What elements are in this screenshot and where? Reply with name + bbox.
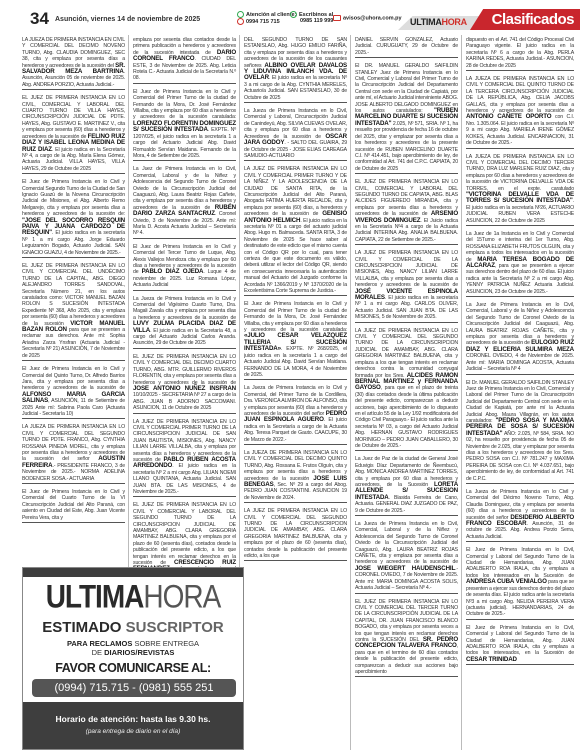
customer-service-contact: Atención al cliente: 0994 715 715 (237, 11, 296, 26)
ad-body: LA JUEZA DE PRIMERA INSTANCIA EN LO CIVI… (466, 154, 574, 192)
promo-phone-numbers[interactable]: (0994) 715.715 - (0981) 555 251 (32, 679, 236, 697)
promo-cta: FAVOR COMUNICARSE AL: (23, 661, 243, 675)
ad-body: El Juez de Primera Instancia en lo Civil… (244, 301, 347, 333)
promo-title: ESTIMADO SUSCRIPTOR (23, 619, 243, 636)
ad-body: EL JUEZ DE PRIMERA INSTANCIA EN LO CIVIL… (133, 502, 236, 566)
classified-ad: El Juez de Primera Instancia en lo Civil… (133, 87, 236, 161)
ad-body: 2.025, Nº 571, SRIA. Nº 1, ha resuelto p… (355, 121, 458, 172)
classified-ad: EL JUEZ DE PRIMERA INSTANCIA EN LO CIVIL… (22, 93, 125, 174)
classified-ad: La Jueza de Primera Instancia en lo Civi… (355, 519, 458, 593)
ad-body: 10/10/2025 - SECRETARIA Nº 27 a cargo de… (133, 392, 236, 411)
promo-top-bar (23, 568, 243, 577)
ad-body: LA JUEZ DE PRIMERA INSTANCIA EN LO CIVIL… (355, 250, 458, 288)
ad-name: JOSE ANTONIO NUÑEZ INSFRAN (133, 385, 236, 392)
classified-ad: LA JUEZ DE PRIMERA INSTANCIA EN LO CIVIL… (355, 326, 458, 452)
classified-ad: La Jueza de Primera Instancia en lo Civi… (244, 106, 347, 161)
ad-body: El Juez de Primera Instancia en lo Civil… (22, 366, 125, 391)
ad-body: El Juez de Primera Instancia en lo Civil… (133, 89, 236, 121)
classified-ad: EL JUEZ DE PRIMERA INSTANCIA EN LO CIVIL… (22, 261, 125, 361)
classified-ad: LA JUEZA DE PRIMERA INSTANCIA EN LO CIVI… (466, 74, 574, 148)
issue-date: Asunción, viernes 14 de noviembre de 202… (55, 16, 200, 23)
classified-ad: LA JUEZ DE PRIMERA INSTANCIA EN LO CIVIL… (244, 506, 347, 561)
section-banner: Clasificados (470, 9, 580, 30)
classified-ad: La Juez de Primera Instancia en lo Civil… (133, 164, 236, 238)
ad-body: La Jueza de Primera Instancia en lo Civi… (133, 296, 236, 321)
whatsapp-icon (237, 11, 244, 18)
ad-body: dispuesto en el Art. 741 del Código Proc… (466, 37, 574, 69)
ad-name: CESAR TRINIDAD (466, 656, 517, 663)
classified-ad: El Dr. MANUEL GERALDO SAIFILDIN STANLEY … (466, 378, 574, 485)
ad-body: para que se presenten a ejercer sus dere… (466, 579, 574, 617)
section-title: Clasificados (492, 11, 574, 28)
promo-footer: Horario de atención: hasta las 9.30 hs. … (23, 702, 243, 749)
ad-name: JOSE WIEGERT HAUDENSCHIL (355, 565, 455, 572)
classified-ad: emplaza por sesenta días contados desde … (133, 35, 236, 84)
ad-body: EL JUEZ DE PRIMERA INSTANCIA EN LO CIVIL… (133, 354, 236, 386)
classified-ad: El DR. MANUEL GERALDO SAIFILDIN STANLEY … (355, 61, 458, 174)
contact-email[interactable]: avisos@uhora.com.py (343, 15, 402, 21)
classified-ad: LA JUEZA DE PRIMERA INSTANCIA EN LO CIVI… (22, 422, 125, 484)
promo-note: (para entrega de diario en el día) (23, 728, 243, 735)
classified-ad: LA JUEZ DE PRIMERA INSTANCIA EN LO CIVIL… (133, 417, 236, 498)
column-4: DANIEL SERVIN GONZALEZ, Actuario Judicia… (355, 35, 462, 750)
envelope-icon (333, 15, 341, 21)
classified-ad: EL JUEZ DE PRIMERA INSTANCIA EN LO CIVIL… (355, 597, 458, 678)
classified-ad: LA JUEZ DE PRIMERA INSTANCIA EN LO CIVIL… (244, 164, 347, 296)
classified-ad: La Jueza de Primera Instancia en lo Civi… (244, 383, 347, 445)
ultimahora-logo: ULTIMAHORA (410, 17, 467, 27)
classified-ad: DEL SEGUNDO TURNO DE SAN ESTANISLAO, Abg… (244, 35, 347, 103)
classified-ad: La JUEZA DE PRIMERA INSTANCIA EN LO CIVI… (244, 448, 347, 503)
page-header: 34 Asunción, viernes 14 de noviembre de … (0, 0, 580, 30)
ad-body: El Juez de Primera Instancia en lo Civil… (22, 489, 125, 521)
ad-body: CORONEL OVIEDO, 4 de Noviembre de 2025. … (466, 353, 574, 372)
classified-ad: El Juez de Primera Instancia en lo Civil… (244, 299, 347, 380)
whatsapp-contact: Escribinos al 0985 119 999 (290, 11, 333, 25)
ad-body: El Juez de Primera Instancia en lo Civil… (22, 179, 125, 217)
ad-body: LA JUEZA DE PRIMERA INSTANCIA EN LO CIVI… (466, 76, 574, 114)
promo-subtitle: PARA RECLAMOS SOBRE ENTREGA DE DIARIOS/R… (23, 639, 243, 657)
subscriber-promo-box: ULTIMAHORA ESTIMADO SUSCRIPTOR PARA RECL… (22, 567, 244, 750)
contact-phone[interactable]: 0985 119 999 (300, 18, 333, 24)
classified-ad: El Juez de Primera Instancia en lo Civil… (466, 623, 574, 665)
classified-ad: La Juez de Primera Instancia en lo Civil… (466, 300, 574, 374)
contact-label: Escribinos al (299, 12, 333, 18)
ad-body: EL JUEZ DE PRIMERA INSTANCIA EN LO CIVIL… (22, 263, 125, 327)
ad-body: , para que en el plazo de treinta (30) d… (355, 385, 458, 449)
classified-ad: La Jueza de Primera Instancia en lo Civi… (133, 294, 236, 349)
email-contact: avisos@uhora.com.py (333, 15, 402, 22)
ad-name: ANDRESA CUBA VENIALGO (466, 578, 547, 585)
ad-name: ANTONIO CAÑETE OPORTO (466, 113, 551, 120)
classified-ad: DANIEL SERVIN GONZALEZ, Actuario Judicia… (355, 35, 458, 58)
ad-name: PABLO DIAZ OJEDA (142, 268, 204, 275)
page-number: 34 (30, 9, 49, 29)
classified-ad: dispuesto en el Art. 741 del Código Proc… (466, 35, 574, 71)
ad-body: AÑO: 2.025, Nº 584, SRIA. NO 02, ha resu… (466, 431, 574, 482)
column-5: dispuesto en el Art. 741 del Código Proc… (466, 35, 577, 750)
ad-body: DANIEL SERVIN GONZALEZ, Actuario Judicia… (355, 37, 458, 56)
promo-logo: ULTIMAHORA (23, 579, 243, 616)
classified-ad: El Juez de Primera Instancia en lo Civil… (133, 242, 236, 291)
contact-label: Atención al cliente: (246, 12, 296, 18)
classified-ad: EL JUEZ DE PRIMERA INSTANCIA EN LO CIVIL… (133, 352, 236, 414)
classified-ad: La Juez de Paz de la ciudad de General J… (355, 454, 458, 516)
classified-ad: El Juez de Primera Instancia en lo Civil… (22, 487, 125, 523)
classified-ad: El Juez de Primera Instancia en lo Civil… (22, 177, 125, 258)
classified-ad: LA JUEZA DE PRIMERA INSTANCIA EN LO CIVI… (466, 152, 574, 226)
classified-ad: El Juez de Primera Instancia en lo Civil… (466, 545, 574, 619)
classified-ad: LA JUEZ DE PRIMERA INSTANCIA EN LO CIVIL… (355, 248, 458, 322)
ad-body: El Juez de Primera Instancia en lo Civil… (466, 547, 574, 579)
classified-ad: La Juez de 1a Instancia en lo Civil y Co… (466, 229, 574, 297)
ad-body: . El juicio radica en la secretaría Nº 0… (244, 218, 347, 294)
classified-ad: LA JUEZA DE PRIMERA INSTANCIA EN CIVIL Y… (22, 35, 125, 90)
classified-ad: La Jueza de Primera Instancia en lo Civi… (466, 487, 574, 542)
phone-icon (237, 18, 244, 25)
ad-body: LA JUEZA DE PRIMERA INSTANCIA EN CIVIL Y… (22, 37, 125, 69)
contact-phone[interactable]: 0994 715 715 (246, 19, 280, 25)
promo-hours: Horario de atención: hasta las 9.30 hs. (23, 714, 243, 724)
whatsapp-icon (290, 11, 297, 18)
ad-name: "VICTORINA DELVALLE VDA DE TORRES S/ SUC… (466, 191, 574, 204)
ad-body: LA JUEZ DE PRIMERA INSTANCIA EN LO CIVIL… (244, 508, 347, 559)
column-3: DEL SEGUNDO TURNO DE SAN ESTANISLAO, Abg… (244, 35, 351, 750)
classified-ad: El Juez de Primera Instancia en lo Civil… (22, 364, 125, 419)
classified-ad: EL JUEZ DE PRIMERA INSTANCIA EN LO CIVIL… (355, 177, 458, 245)
ad-body: La Jueza de Primera Instancia en lo Civi… (355, 521, 458, 565)
ad-body: El Juez de Primera Instancia en lo Civil… (466, 625, 574, 657)
